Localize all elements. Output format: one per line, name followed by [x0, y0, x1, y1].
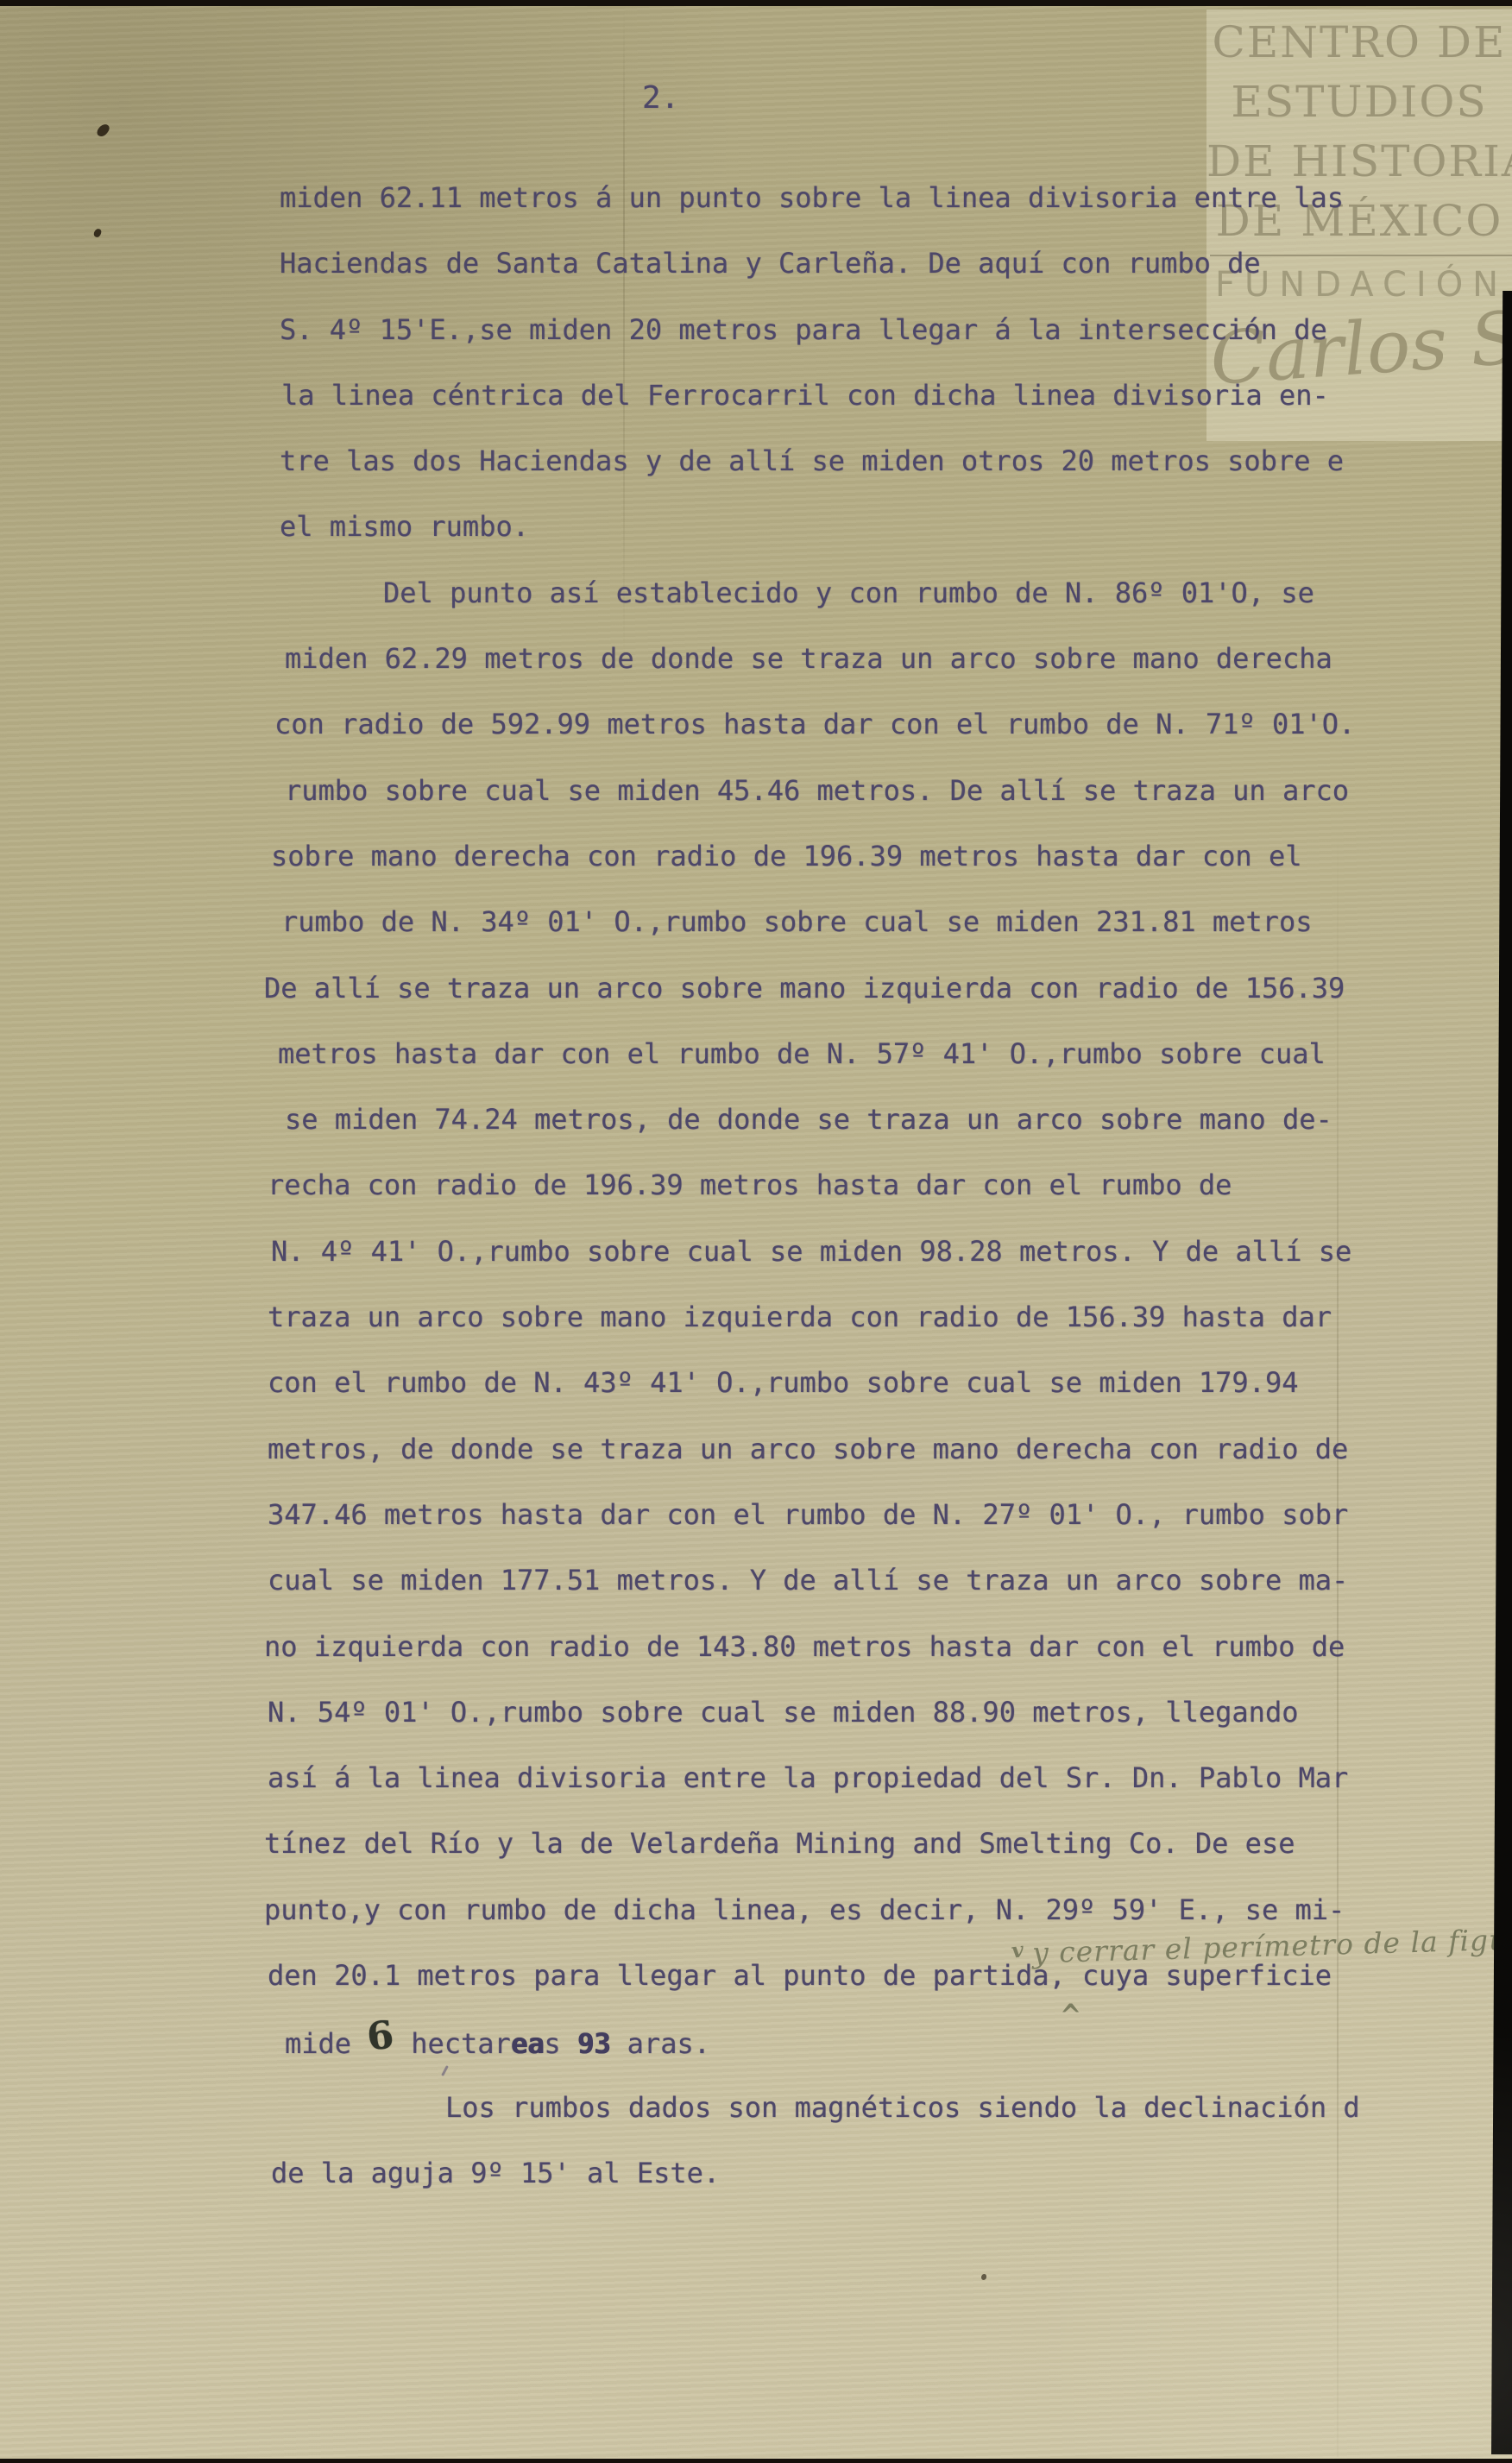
typed-line: miden 62.11 metros á un punto sobre la l… — [280, 165, 1512, 230]
typed-line: sobre mano derecha con radio de 196.39 m… — [271, 823, 1512, 889]
typed-line: con el rumbo de N. 43º 41' O.,rumbo sobr… — [268, 1350, 1512, 1415]
overstruck-text: 93 — [577, 2027, 611, 2060]
typed-text: aras. — [610, 2027, 710, 2060]
paper-sheet: CENTRO DE ESTUDIOS DE HISTORIA DE MÉXICO… — [0, 6, 1512, 2459]
ink-speck — [93, 228, 102, 238]
typed-text: s — [544, 2027, 577, 2060]
typed-line: metros hasta dar con el rumbo de N. 57º … — [278, 1021, 1512, 1087]
typed-line: así á la linea divisoria entre la propie… — [268, 1745, 1512, 1811]
typed-line: de la aguja 9º 15' al Este. — [271, 2140, 1512, 2206]
typed-line: rumbo de N. 34º 01' O.,rumbo sobre cual … — [281, 889, 1512, 954]
typed-line: mide 6 hectareas 93 aras. — [285, 2008, 1512, 2074]
typed-line: N. 4º 41' O.,rumbo sobre cual se miden 9… — [271, 1219, 1512, 1284]
handwritten-caret: ^ — [1060, 1999, 1081, 2035]
typed-text: hectar — [394, 2027, 511, 2060]
typed-line: no izquierda con radio de 143.80 metros … — [264, 1614, 1512, 1679]
typed-line: N. 54º 01' O.,rumbo sobre cual se miden … — [268, 1679, 1512, 1745]
typed-line: con radio de 592.99 metros hasta dar con… — [274, 691, 1512, 757]
typed-line: 347.46 metros hasta dar con el rumbo de … — [268, 1482, 1512, 1547]
watermark-institution-line: CENTRO DE — [1206, 13, 1512, 72]
typed-line: Del punto así establecido y con rumbo de… — [383, 560, 1512, 626]
typed-line: recha con radio de 196.39 metros hasta d… — [268, 1152, 1512, 1218]
typed-line: el mismo rumbo. — [280, 494, 1512, 559]
typed-text: mide — [285, 2027, 368, 2060]
typed-line: S. 4º 15'E.,se miden 20 metros para lleg… — [280, 297, 1512, 362]
typed-line: miden 62.29 metros de donde se traza un … — [285, 626, 1512, 691]
typed-line: tínez del Río y la de Velardeña Mining a… — [264, 1811, 1512, 1876]
scanned-document: CENTRO DE ESTUDIOS DE HISTORIA DE MÉXICO… — [0, 0, 1512, 2463]
ink-speck — [981, 2274, 986, 2280]
overstruck-text: ea — [511, 2027, 545, 2060]
typed-line: traza un arco sobre mano izquierda con r… — [268, 1284, 1512, 1350]
ink-speck — [95, 122, 111, 138]
typed-line: la linea céntrica del Ferrocarril con di… — [281, 362, 1512, 428]
typed-line: De allí se traza un arco sobre mano izqu… — [264, 955, 1512, 1021]
watermark-institution-line: ESTUDIOS — [1206, 72, 1512, 132]
typed-line: cual se miden 177.51 metros. Y de allí s… — [268, 1547, 1512, 1613]
typed-line: Los rumbos dados son magnéticos siendo l… — [445, 2075, 1512, 2140]
typed-text-block: miden 62.11 metros á un punto sobre la l… — [264, 165, 1512, 2206]
typed-line: rumbo sobre cual se miden 45.46 metros. … — [285, 758, 1512, 823]
typed-line: tre las dos Haciendas y de allí se miden… — [280, 428, 1512, 494]
typed-line: se miden 74.24 metros, de donde se traza… — [285, 1087, 1512, 1152]
page-number: 2. — [642, 80, 679, 116]
typed-line: metros, de donde se traza un arco sobre … — [268, 1416, 1512, 1482]
typed-line: Haciendas de Santa Catalina y Carleña. D… — [280, 230, 1512, 296]
handwritten-correction-six: 6 — [363, 2003, 398, 2071]
